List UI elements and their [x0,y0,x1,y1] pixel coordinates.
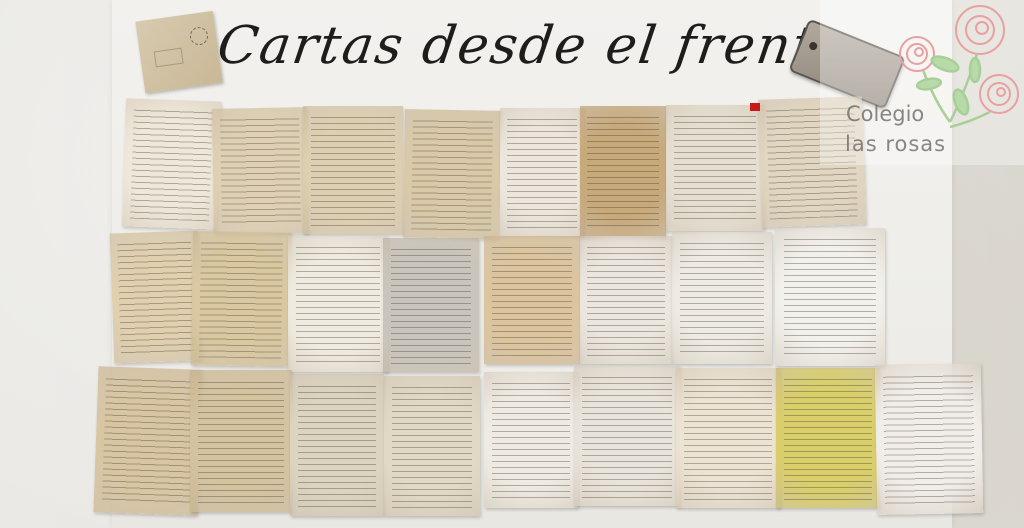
letter-page [190,370,292,512]
letter-page [666,105,764,231]
letter-page [110,231,202,364]
letter-page [676,368,780,508]
letter-page [384,376,480,516]
letter-page [875,363,984,515]
letter-page [672,232,772,364]
camera-dot [808,41,818,51]
letter-page [303,106,403,234]
letter-page [580,236,672,364]
letter-page [580,106,666,238]
address-label [154,48,184,68]
letter-page [122,98,221,229]
watermark-line1: Colegio [846,102,924,126]
letter-page [288,236,388,372]
letter-page [574,366,680,506]
letter-page [93,366,202,516]
letter-page [403,109,501,239]
letter-page [500,108,584,236]
letter-page [383,238,479,372]
letter-page [484,372,578,508]
letter-page [290,374,384,516]
letter-page [484,236,580,364]
postmark-stamp [189,26,209,46]
letter-page [776,368,880,508]
watermark-line2: las rosas [845,132,946,156]
red-mark [750,103,760,111]
envelope-icon [135,11,222,93]
banner-title: Cartas desde el frente [212,6,803,86]
letter-page [212,107,309,235]
letter-page [775,228,885,366]
letter-page [191,231,291,367]
